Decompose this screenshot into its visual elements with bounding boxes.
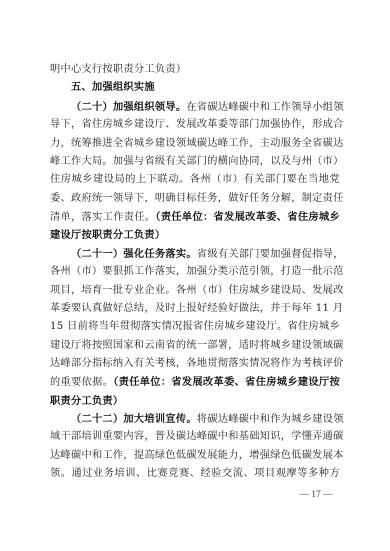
- line-text: 导下，省住房城乡建设厅、发展改革委等部门加强协作，形成合: [50, 119, 344, 130]
- line-text: 的重要依据。: [50, 377, 113, 388]
- paragraph-line: 住房城乡建设局的上下联动。各州（市）有关部门要在当地党: [50, 173, 340, 187]
- paragraph-line: 力，统筹推进全省城乡建设领域碳达峰工作，主动服务全省碳达: [50, 137, 340, 151]
- document-page: 明中心支行按职责分工负责） 五、加强组织实施 （二十）加强组织领导。在省碳达峰碳…: [0, 0, 390, 551]
- paragraph-line: 职责分工负责）: [50, 394, 340, 408]
- line-text: 达峰碳中和工作，提高绿色低碳发展能力，增强绿色低碳发展本: [50, 450, 344, 461]
- paragraph-line: 域干部培训重要内容，普及碳达峰碳中和基础知识，学懂弄通碳: [50, 430, 340, 444]
- line-text: 域干部培训重要内容，普及碳达峰碳中和基础知识，学懂弄通碳: [50, 431, 344, 442]
- line-text: 15 日前将当年贯彻落实情况报省住房城乡建设厅。省住房城乡: [50, 321, 340, 332]
- section-heading: 五、加强组织实施: [71, 81, 340, 95]
- line-text: 省级有关部门要加强督促指导，: [197, 249, 344, 260]
- responsibility-note: （责任单位：省发展改革委、省住房城乡建设厅按: [113, 376, 340, 388]
- paragraph-line: （二十一）强化任务落实。省级有关部门要加强督促指导，: [71, 247, 340, 261]
- line-text: 达峰部分指标纳入有关考核，各地贯彻落实情况将作为考核评价: [50, 358, 344, 369]
- responsibility-note: 建设厅按职责分工负责）: [50, 229, 165, 241]
- paragraph-line: 的重要依据。（责任单位：省发展改革委、省住房城乡建设厅按: [50, 375, 340, 389]
- paragraph-line: 建设厅按职责分工负责）: [50, 228, 340, 242]
- line-text: 在省碳达峰碳中和工作领导小组领: [186, 102, 343, 113]
- responsibility-note: 职责分工负责）: [50, 395, 123, 407]
- paragraph-line: 达峰部分指标纳入有关考核，各地贯彻落实情况将作为考核评价: [50, 357, 340, 371]
- paragraph-line: 革委要认真做好总结，及时上报好经验好做法，并于每年 11 月: [50, 302, 340, 316]
- line-text: 领。通过业务培训、比赛竞赛、经验交流、项目观摩等多种方: [50, 468, 340, 479]
- heading-text: 五、加强组织实施: [71, 82, 155, 93]
- line-text: 委、政府统一领导下，明确目标任务，做好任务分解，制定责任: [50, 193, 344, 204]
- clause-title: （二十一）强化任务落实。: [71, 248, 197, 260]
- paragraph-line: 明中心支行按职责分工负责）: [50, 63, 340, 77]
- line-text: 峰工作大局。加强与省级有关部门的横向协同，以及与州（市）: [50, 156, 344, 167]
- paragraph-line: 项目，培育一批专业企业。各州（市）住房城乡建设局、发展改: [50, 284, 340, 298]
- line-text: 住房城乡建设局的上下联动。各州（市）有关部门要在当地党: [50, 174, 340, 185]
- line-text: 革委要认真做好总结，及时上报好经验好做法，并于每年 11 月: [50, 303, 343, 314]
- line-text: 建设厅将按照国家和云南省的统一部署，适时将城乡建设领域碳: [50, 340, 344, 351]
- line-text: 项目，培育一批专业企业。各州（市）住房城乡建设局、发展改: [50, 285, 344, 296]
- paragraph-line: （二十二）加大培训宣传。将碳达峰碳中和作为城乡建设领: [71, 412, 340, 426]
- line-text: 清单，落实工作责任。: [50, 212, 155, 223]
- paragraph-line: 导下，省住房城乡建设厅、发展改革委等部门加强协作，形成合: [50, 118, 340, 132]
- paragraph-line: 清单，落实工作责任。（责任单位：省发展改革委、省住房城乡: [50, 210, 340, 224]
- paragraph-line: 委、政府统一领导下，明确目标任务，做好任务分解，制定责任: [50, 192, 340, 206]
- responsibility-note: （责任单位：省发展改革委、省住房城乡: [155, 211, 340, 223]
- paragraph-line: 达峰碳中和工作，提高绿色低碳发展能力，增强绿色低碳发展本: [50, 449, 340, 463]
- line-text: 将碳达峰碳中和作为城乡建设领: [197, 414, 344, 425]
- paragraph-line: 15 日前将当年贯彻落实情况报省住房城乡建设厅。省住房城乡: [50, 320, 340, 334]
- paragraph-line: （二十）加强组织领导。在省碳达峰碳中和工作领导小组领: [71, 100, 340, 114]
- paragraph-line: 建设厅将按照国家和云南省的统一部署，适时将城乡建设领域碳: [50, 339, 340, 353]
- clause-title: （二十二）加大培训宣传。: [71, 413, 197, 425]
- line-text: 力，统筹推进全省城乡建设领域碳达峰工作，主动服务全省碳达: [50, 138, 344, 149]
- line-text: 各州（市）要狠抓工作落实，加强分类示范引领，打造一批示范: [50, 266, 344, 277]
- paragraph-line: 领。通过业务培训、比赛竞赛、经验交流、项目观摩等多种方: [50, 467, 340, 481]
- paragraph-line: 各州（市）要狠抓工作落实，加强分类示范引领，打造一批示范: [50, 265, 340, 279]
- page-number: — 17 —: [286, 490, 346, 500]
- paragraph-line: 峰工作大局。加强与省级有关部门的横向协同，以及与州（市）: [50, 155, 340, 169]
- line-text: 明中心支行按职责分工负责）: [50, 64, 186, 75]
- clause-title: （二十）加强组织领导。: [71, 101, 186, 113]
